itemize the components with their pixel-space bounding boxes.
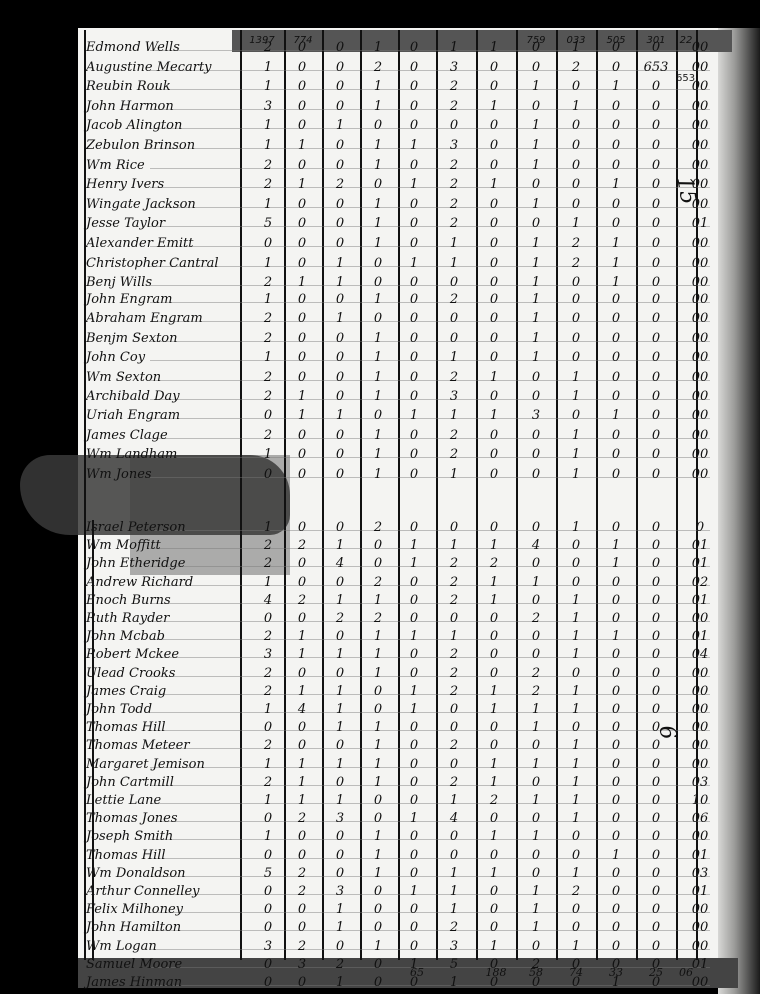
tally-value: 1 <box>522 118 550 133</box>
tally-value: 00 <box>686 666 714 681</box>
tally-value: 0 <box>288 848 316 863</box>
tally-value: 1 <box>400 538 428 553</box>
tally-value: 00 <box>686 684 714 699</box>
tally-value: 0 <box>522 593 550 608</box>
tally-value: 0 <box>400 611 428 626</box>
margin-annotation-top: 15 <box>671 175 700 207</box>
tally-value: 0 <box>562 720 590 735</box>
tally-value: 3 <box>440 389 468 404</box>
tally-value: 0 <box>364 408 392 423</box>
tally-value: 0 <box>480 138 508 153</box>
tally-value: 0 <box>400 118 428 133</box>
tally-value: 0 <box>400 158 428 173</box>
tally-value: 1 <box>364 447 392 462</box>
household-name: Reubin Rouk <box>86 79 171 94</box>
tally-value: 00 <box>686 447 714 462</box>
tally-value: 0 <box>602 370 630 385</box>
tally-value: 03 <box>686 866 714 881</box>
tally-value: 1 <box>288 775 316 790</box>
tally-value: 0 <box>364 884 392 899</box>
tally-value: 1 <box>254 520 282 535</box>
tally-value: 0 <box>440 311 468 326</box>
tally-value: 0 <box>642 447 670 462</box>
tally-value: 1 <box>288 684 316 699</box>
tally-value: 0 <box>562 311 590 326</box>
tally-value: 0 <box>642 275 670 290</box>
tally-value: 2 <box>480 556 508 571</box>
tally-value: 1 <box>288 793 316 808</box>
tally-value: 0 <box>254 957 282 972</box>
tally-value: 1 <box>522 575 550 590</box>
tally-value: 2 <box>254 40 282 55</box>
tally-value: 1 <box>326 757 354 772</box>
household-name: Andrew Richard <box>86 575 193 590</box>
tally-value: 0 <box>288 666 316 681</box>
tally-value: 0 <box>562 292 590 307</box>
tally-value: 1 <box>562 793 590 808</box>
tally-value: 1 <box>522 138 550 153</box>
tally-value: 1 <box>522 292 550 307</box>
tally-value: 2 <box>288 884 316 899</box>
tally-value: 1 <box>364 99 392 114</box>
tally-value: 3 <box>254 939 282 954</box>
tally-value: 1 <box>254 793 282 808</box>
tally-value: 4 <box>288 702 316 717</box>
tally-value: 0 <box>642 177 670 192</box>
tally-value: 1 <box>440 40 468 55</box>
tally-value: 1 <box>364 829 392 844</box>
tally-value: 0 <box>522 177 550 192</box>
tally-value: 0 <box>602 884 630 899</box>
tally-value: 1 <box>326 256 354 271</box>
tally-value: 2 <box>522 684 550 699</box>
tally-value: 00 <box>686 428 714 443</box>
tally-value: 01 <box>686 957 714 972</box>
tally-value: 00 <box>686 370 714 385</box>
tally-value: 3 <box>254 647 282 662</box>
tally-value: 1 <box>440 236 468 251</box>
tally-value: 0 <box>400 40 428 55</box>
tally-value: 0 <box>522 975 550 990</box>
tally-value: 1 <box>364 593 392 608</box>
tally-value: 1 <box>562 811 590 826</box>
tally-value: 0 <box>254 811 282 826</box>
household-name: John Engram <box>86 292 172 307</box>
tally-value: 0 <box>364 975 392 990</box>
tally-value: 0 <box>326 370 354 385</box>
tally-value: 1 <box>440 884 468 899</box>
tally-value: 0 <box>642 611 670 626</box>
tally-value: 0 <box>326 99 354 114</box>
tally-value: 00 <box>686 939 714 954</box>
tally-value: 0 <box>480 60 508 75</box>
tally-value: 0 <box>400 520 428 535</box>
household-name: Felix Milhoney <box>86 902 183 917</box>
tally-value: 0 <box>480 666 508 681</box>
tally-value: 0 <box>642 389 670 404</box>
tally-value: 2 <box>326 177 354 192</box>
household-name: Ruth Rayder <box>86 611 169 626</box>
tally-value: 1 <box>364 236 392 251</box>
tally-value: 0 <box>400 920 428 935</box>
tally-value: 0 <box>326 389 354 404</box>
tally-value: 1 <box>562 389 590 404</box>
tally-value: 0 <box>288 611 316 626</box>
tally-value: 02 <box>686 575 714 590</box>
tally-value: 2 <box>440 99 468 114</box>
tally-value: 4 <box>254 593 282 608</box>
tally-value: 2 <box>288 538 316 553</box>
tally-value: 2 <box>440 920 468 935</box>
tally-value: 3 <box>440 939 468 954</box>
tally-value: 4 <box>326 556 354 571</box>
tally-value: 0 <box>440 702 468 717</box>
tally-value: 0 <box>288 520 316 535</box>
tally-value: 0 <box>602 520 630 535</box>
tally-value: 0 <box>642 428 670 443</box>
tally-value: 0 <box>400 866 428 881</box>
tally-value: 0 <box>480 520 508 535</box>
tally-value: 0 <box>602 350 630 365</box>
tally-value: 0 <box>522 389 550 404</box>
tally-value: 1 <box>400 556 428 571</box>
tally-value: 0 <box>326 158 354 173</box>
household-name: James Clage <box>86 428 168 443</box>
household-name: John Cartmill <box>86 775 174 790</box>
tally-value: 0 <box>602 311 630 326</box>
tally-value: 01 <box>686 216 714 231</box>
tally-value: 0 <box>562 848 590 863</box>
tally-value: 0 <box>602 902 630 917</box>
tally-value: 0 <box>254 920 282 935</box>
tally-value: 1 <box>326 793 354 808</box>
tally-value: 0 <box>288 447 316 462</box>
household-name: Thomas Hill <box>86 848 166 863</box>
tally-value: 1 <box>602 538 630 553</box>
tally-value: 0 <box>642 467 670 482</box>
tally-value: 1 <box>364 720 392 735</box>
tally-value: 00 <box>686 467 714 482</box>
tally-value: 1 <box>254 79 282 94</box>
tally-value: 0 <box>288 60 316 75</box>
tally-value: 1 <box>254 829 282 844</box>
tally-value: 0 <box>602 757 630 772</box>
tally-value: 00 <box>686 236 714 251</box>
tally-value: 3 <box>440 60 468 75</box>
tally-value: 1 <box>364 331 392 346</box>
tally-value: 0 <box>562 575 590 590</box>
tally-value: 1 <box>562 939 590 954</box>
tally-value: 1 <box>522 275 550 290</box>
tally-value: 1 <box>364 138 392 153</box>
tally-value: 2 <box>288 866 316 881</box>
tally-value: 0 <box>440 275 468 290</box>
tally-value: 5 <box>254 216 282 231</box>
tally-value: 0 <box>642 629 670 644</box>
tally-value: 0 <box>480 611 508 626</box>
tally-value: 1 <box>440 629 468 644</box>
tally-value: 0 <box>642 957 670 972</box>
tally-value: 1 <box>440 350 468 365</box>
tally-value: 00 <box>686 902 714 917</box>
household-name: Israel Peterson <box>86 520 186 535</box>
tally-value: 0 <box>642 793 670 808</box>
tally-value: 1 <box>522 720 550 735</box>
tally-value: 0 <box>642 884 670 899</box>
tally-value: 0 <box>288 256 316 271</box>
tally-value: 0 <box>480 158 508 173</box>
tally-value: 1 <box>522 256 550 271</box>
tally-value: 1 <box>326 275 354 290</box>
tally-value: 0 <box>602 811 630 826</box>
tally-value: 1 <box>364 757 392 772</box>
tally-value: 1 <box>288 408 316 423</box>
tally-value: 2 <box>254 738 282 753</box>
tally-value: 1 <box>288 138 316 153</box>
tally-value: 0 <box>602 738 630 753</box>
tally-value: 1 <box>602 275 630 290</box>
tally-value: 0 <box>364 556 392 571</box>
household-name: Ulead Crooks <box>86 666 175 681</box>
tally-value: 0 <box>642 757 670 772</box>
tally-value: 0 <box>562 197 590 212</box>
tally-value: 0 <box>642 593 670 608</box>
tally-value: 1 <box>254 256 282 271</box>
tally-value: 1 <box>480 538 508 553</box>
tally-value: 1 <box>440 793 468 808</box>
tally-value: 2 <box>254 538 282 553</box>
tally-value: 0 <box>642 902 670 917</box>
tally-value: 2 <box>440 197 468 212</box>
tally-value: 4 <box>440 811 468 826</box>
tally-value: 1 <box>364 197 392 212</box>
tally-value: 0 <box>400 275 428 290</box>
tally-value: 2 <box>364 575 392 590</box>
tally-value: 1 <box>562 428 590 443</box>
tally-value: 1 <box>480 99 508 114</box>
tally-value: 1 <box>602 629 630 644</box>
household-name: Wingate Jackson <box>86 197 196 212</box>
household-name: Abraham Engram <box>86 311 203 326</box>
tally-value: 0 <box>642 236 670 251</box>
tally-value: 00 <box>686 99 714 114</box>
tally-value: 1 <box>254 292 282 307</box>
tally-value: 0 <box>400 666 428 681</box>
tally-value: 0 <box>602 647 630 662</box>
tally-value: 1 <box>480 593 508 608</box>
tally-value: 2 <box>522 957 550 972</box>
tally-value: 0 <box>400 389 428 404</box>
household-name: Enoch Burns <box>86 593 171 608</box>
tally-value: 0 <box>642 350 670 365</box>
tally-value: 0 <box>440 829 468 844</box>
tally-value: 0 <box>480 920 508 935</box>
tally-value: 0 <box>562 975 590 990</box>
tally-value: 1 <box>364 389 392 404</box>
tally-value: 00 <box>686 350 714 365</box>
tally-value: 1 <box>480 40 508 55</box>
tally-value: 0 <box>288 829 316 844</box>
tally-value: 0 <box>602 829 630 844</box>
tally-value: 0 <box>480 275 508 290</box>
household-name: Benjm Sexton <box>86 331 177 346</box>
tally-value: 0 <box>326 331 354 346</box>
tally-value: 1 <box>522 920 550 935</box>
tally-value: 1 <box>522 884 550 899</box>
tally-value: 2 <box>522 611 550 626</box>
tally-value: 0 <box>288 292 316 307</box>
tally-value: 0 <box>642 197 670 212</box>
household-name: Lettie Lane <box>86 793 161 808</box>
tally-value: 0 <box>602 428 630 443</box>
tally-value: 1 <box>326 720 354 735</box>
page-edge-shadow <box>718 28 760 994</box>
tally-value: 0 <box>400 902 428 917</box>
tally-value: 00 <box>686 720 714 735</box>
tally-value: 2 <box>364 611 392 626</box>
tally-value: 0 <box>642 138 670 153</box>
tally-value: 1 <box>364 40 392 55</box>
tally-value: 00 <box>686 331 714 346</box>
tally-value: 0 <box>254 611 282 626</box>
tally-value: 0 <box>480 720 508 735</box>
tally-value: 1 <box>364 848 392 863</box>
tally-value: 0 <box>400 311 428 326</box>
tally-value: 1 <box>364 629 392 644</box>
tally-value: 1 <box>522 702 550 717</box>
tally-value: 0 <box>288 331 316 346</box>
tally-value: 0 <box>602 138 630 153</box>
tally-value: 0 <box>562 957 590 972</box>
tally-value: 0 <box>642 829 670 844</box>
tally-value: 0 <box>562 920 590 935</box>
tally-value: 0 <box>480 331 508 346</box>
tally-value: 1 <box>254 575 282 590</box>
household-name: Wm Sexton <box>86 370 161 385</box>
tally-value: 0 <box>254 902 282 917</box>
tally-value: 1 <box>480 866 508 881</box>
household-name: Wm Jones <box>86 467 152 482</box>
tally-value: 0 <box>480 975 508 990</box>
tally-value: 0 <box>480 311 508 326</box>
tally-value: 1 <box>480 370 508 385</box>
tally-value: 0 <box>480 902 508 917</box>
tally-value: 0 <box>364 256 392 271</box>
tally-value: 1 <box>522 331 550 346</box>
tally-value: 0 <box>400 793 428 808</box>
household-name: Joseph Smith <box>86 829 173 844</box>
tally-value: 0 <box>288 428 316 443</box>
tally-value: 1 <box>400 684 428 699</box>
tally-value: 1 <box>254 757 282 772</box>
tally-value: 2 <box>440 684 468 699</box>
tally-value: 1 <box>364 647 392 662</box>
tally-value: 0 <box>364 811 392 826</box>
tally-value: 2 <box>288 811 316 826</box>
tally-value: 1 <box>364 370 392 385</box>
tally-value: 0 <box>480 738 508 753</box>
tally-value: 1 <box>400 957 428 972</box>
tally-value: 0 <box>602 331 630 346</box>
tally-value: 0 <box>326 60 354 75</box>
tally-value: 1 <box>326 118 354 133</box>
tally-value: 1 <box>522 350 550 365</box>
tally-value: 0 <box>522 848 550 863</box>
tally-value: 1 <box>254 118 282 133</box>
tally-value: 0 <box>602 666 630 681</box>
tally-value: 2 <box>440 216 468 231</box>
tally-value: 1 <box>254 138 282 153</box>
tally-value: 2 <box>254 556 282 571</box>
tally-value: 0 <box>326 447 354 462</box>
tally-value: 1 <box>400 138 428 153</box>
household-name: John Hamilton <box>86 920 181 935</box>
tally-value: 0 <box>642 40 670 55</box>
tally-value: 0 <box>480 79 508 94</box>
tally-value: 1 <box>364 738 392 753</box>
tally-value: 0 <box>364 118 392 133</box>
tally-value: 3 <box>326 811 354 826</box>
tally-value: 0 <box>288 79 316 94</box>
household-name: Wm Donaldson <box>86 866 186 881</box>
tally-value: 00 <box>686 138 714 153</box>
tally-value: 2 <box>522 666 550 681</box>
tally-value: 4 <box>522 538 550 553</box>
tally-value: 2 <box>254 684 282 699</box>
tally-value: 0 <box>326 467 354 482</box>
tally-value: 0 <box>480 256 508 271</box>
tally-value: 0 <box>288 975 316 990</box>
tally-value: 1 <box>562 447 590 462</box>
tally-value: 0 <box>480 236 508 251</box>
tally-value: 0 <box>602 467 630 482</box>
tally-value: 2 <box>562 60 590 75</box>
tally-value: 0 <box>602 611 630 626</box>
tally-value: 1 <box>400 256 428 271</box>
tally-value: 0 <box>522 520 550 535</box>
tally-value: 0 <box>480 197 508 212</box>
tally-value: 0 <box>440 720 468 735</box>
tally-value: 1 <box>364 428 392 443</box>
tally-value: 1 <box>254 447 282 462</box>
tally-value: 0 <box>642 538 670 553</box>
tally-value: 0 <box>522 866 550 881</box>
tally-value: 0 <box>326 216 354 231</box>
tally-value: 0 <box>480 292 508 307</box>
tally-value: 01 <box>686 538 714 553</box>
tally-value: 0 <box>400 720 428 735</box>
household-name: John Harmon <box>86 99 174 114</box>
tally-value: 0 <box>440 848 468 863</box>
tally-value: 0 <box>254 408 282 423</box>
tally-value: 2 <box>440 738 468 753</box>
tally-value: 0 <box>562 118 590 133</box>
household-name: Zebulon Brinson <box>86 138 195 153</box>
tally-value: 0 <box>288 575 316 590</box>
tally-value: 1 <box>288 389 316 404</box>
tally-value: 1 <box>364 350 392 365</box>
tally-value: 1 <box>480 684 508 699</box>
tally-value: 0 <box>602 158 630 173</box>
tally-value: 0 <box>326 350 354 365</box>
tally-value: 0 <box>254 884 282 899</box>
tally-value: 2 <box>254 275 282 290</box>
tally-value: 0 <box>480 350 508 365</box>
tally-value: 1 <box>602 848 630 863</box>
tally-value: 01 <box>686 629 714 644</box>
tally-value: 0 <box>642 118 670 133</box>
tally-value: 2 <box>254 331 282 346</box>
